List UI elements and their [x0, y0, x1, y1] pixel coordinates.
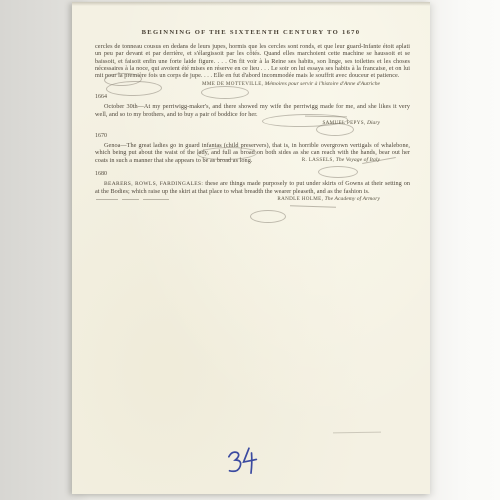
citation-work: Mémoires pour servir à l'histoire d'Anne… — [265, 81, 380, 87]
page-top-shadow — [72, 2, 430, 6]
pencil-circle-holme — [250, 210, 286, 223]
handwritten-page-number — [222, 444, 266, 488]
pencil-underline-breadth — [290, 205, 336, 208]
citation-work: The Academy of Armory — [325, 196, 380, 202]
citation: RANDLE HOLME, The Academy of Armory — [277, 196, 380, 203]
entry-pepys: 1664 October 30th—At my perriwigg-maker'… — [95, 94, 410, 126]
entry-date: 1664 — [95, 94, 410, 100]
quote-lead-smallcaps: BEARERS, ROWLS, FARDINGALES: — [104, 181, 203, 187]
quote-text: October 30th—At my perriwigg-maker's, an… — [95, 103, 410, 118]
entry-holme: 1680 BEARERS, ROWLS, FARDINGALES: these … — [95, 171, 410, 196]
citation-author: MME DE MOTTEVILLE, — [202, 81, 263, 87]
citation-work: Diary — [367, 120, 380, 126]
entry-motteville: cercles de tonneau cousus en dedans de l… — [95, 43, 410, 87]
running-head: BEGINNING OF THE SIXTEENTH CENTURY TO 16… — [72, 29, 430, 36]
citation-author: RANDLE HOLME, — [277, 196, 323, 202]
citation-author: R. LASSELS, — [302, 157, 335, 163]
entry-date: 1680 — [95, 171, 410, 177]
citation: SAMUEL PEPYS, Diary — [95, 120, 380, 127]
pencil-dash-mark — [333, 432, 381, 434]
page-text-block: cercles de tonneau cousus en dedans de l… — [95, 43, 410, 203]
handwritten-34-strokes — [222, 444, 266, 483]
quote-text-content: cercles de tonneau cousus en dedans de l… — [95, 43, 410, 79]
scanned-book-page: BEGINNING OF THE SIXTEENTH CENTURY TO 16… — [72, 2, 430, 494]
quote-text: cercles de tonneau cousus en dedans de l… — [95, 43, 410, 79]
citation-author: SAMUEL PEPYS, — [322, 120, 365, 126]
entry-lassels: 1670 Genoa—The great ladies go in guard … — [95, 133, 410, 164]
quote-text-content: October 30th—At my perriwigg-maker's, an… — [95, 103, 410, 117]
quote-text: BEARERS, ROWLS, FARDINGALES: these are t… — [95, 180, 410, 196]
citation-work: The Voyage of Italy — [336, 157, 380, 163]
quote-text: Genoa—The great ladies go in guard infan… — [95, 142, 410, 164]
entry-date: 1670 — [95, 133, 410, 139]
citation: R. LASSELS, The Voyage of Italy — [302, 157, 380, 164]
citation: MME DE MOTTEVILLE, Mémoires pour servir … — [95, 81, 380, 88]
